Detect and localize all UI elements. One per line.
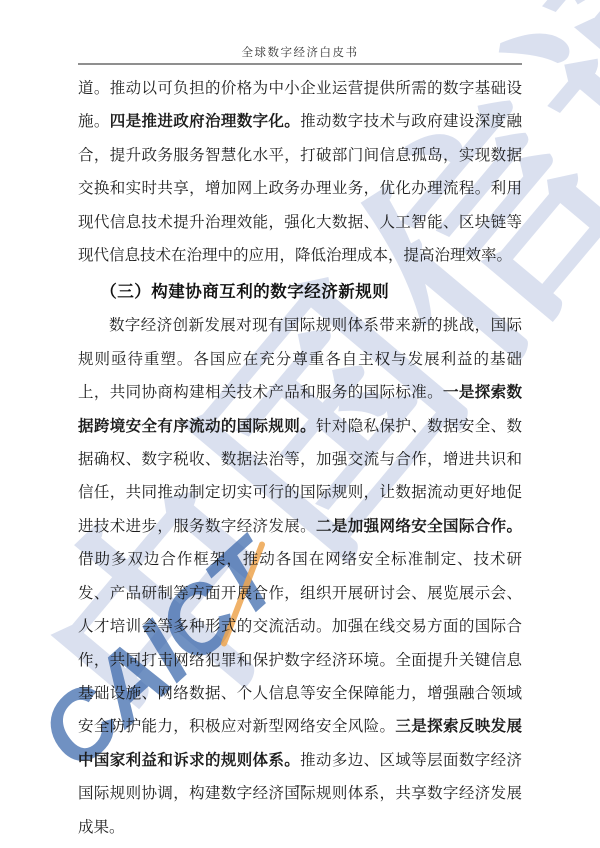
- document-title: 全球数字经济白皮书: [78, 44, 522, 60]
- paragraph: 道。推动以可负担的价格为中小企业运营提供所需的数字基础设施。四是推进政府治理数字…: [78, 72, 522, 272]
- document-page: 中国信通院 CAICT 全球数字经济白皮书 道。推动以可负担的价格为中小企业运营…: [0, 0, 600, 848]
- page-footer: 77: [0, 779, 600, 797]
- document-body: 道。推动以可负担的价格为中小企业运营提供所需的数字基础设施。四是推进政府治理数字…: [78, 72, 522, 844]
- section-heading: （三）构建协商互利的数字经济新规则: [78, 276, 522, 309]
- header-divider: [78, 63, 522, 65]
- page-number: 77: [295, 783, 306, 795]
- paragraph: 数字经济创新发展对现有国际规则体系带来新的挑战，国际规则亟待重塑。各国应在充分尊…: [78, 309, 522, 844]
- page-header: 全球数字经济白皮书: [78, 44, 522, 65]
